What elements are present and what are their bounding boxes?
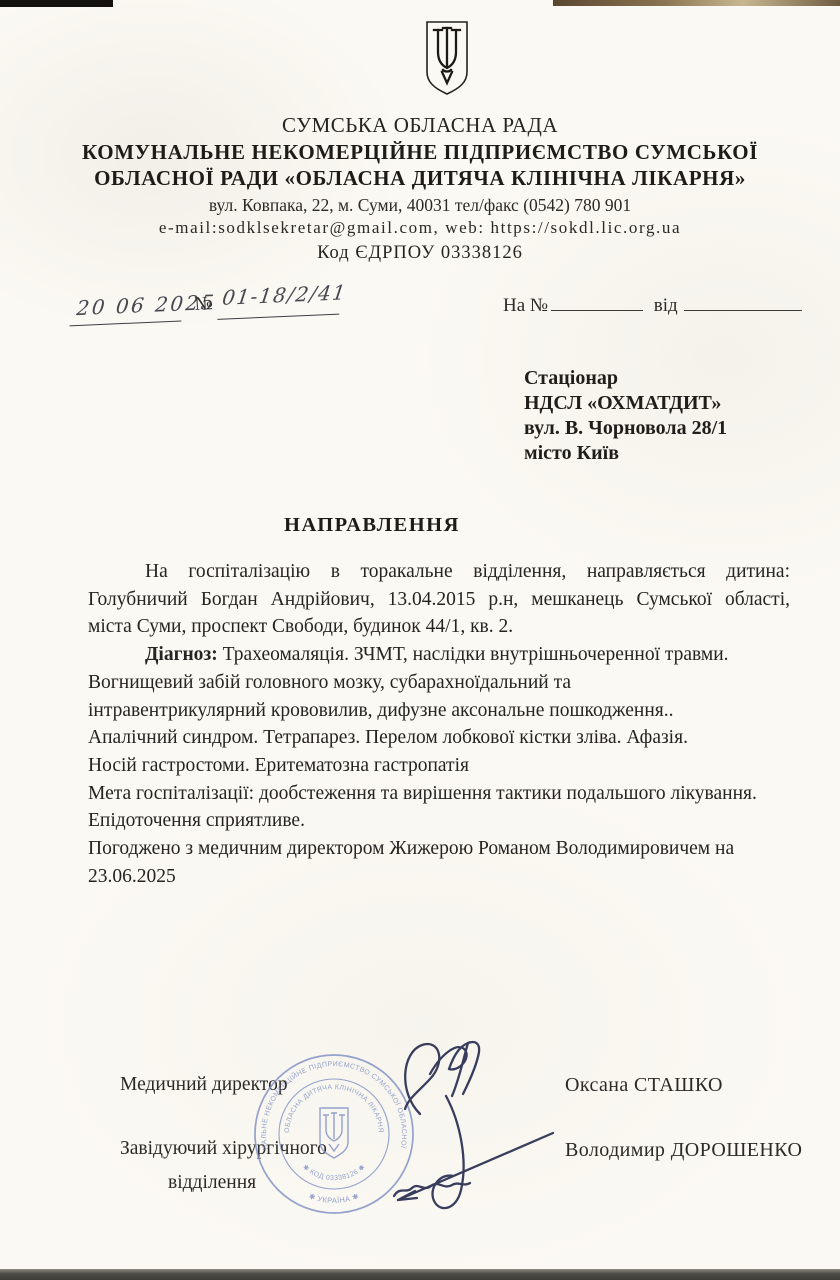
org-name-line2: ОБЛАСНОЇ РАДИ «ОБЛАСНА ДИТЯЧА КЛІНІЧНА Л… [55, 165, 785, 191]
svg-text:✱ УКРАЇНА ✱: ✱ УКРАЇНА ✱ [308, 1191, 361, 1205]
number-sign: № [194, 293, 213, 316]
diagnosis-label: Діагноз: [145, 644, 218, 665]
body-line: Мета госпіталізації: дообстеження та вир… [88, 780, 790, 808]
recipient-line: місто Київ [524, 441, 727, 466]
scan-edge-bottom [0, 1269, 840, 1280]
scan-edge-top-left [0, 0, 113, 7]
incoming-number-blank [551, 293, 643, 311]
signature-stroke-stashko [430, 1047, 467, 1074]
org-address: вул. Ковпака, 22, м. Суми, 40031 тел/фак… [55, 194, 785, 217]
scan-edge-top-right [553, 0, 840, 6]
signature-stroke-stashko [433, 1096, 464, 1208]
stamp-country-text: ✱ УКРАЇНА ✱ [308, 1191, 361, 1205]
diagnosis-line: Діагноз: Трахеомаляція. ЗЧМТ, наслідки в… [88, 641, 790, 669]
svg-text:КОМУНАЛЬНЕ НЕКОМЕРЦІЙНЕ ПІДПРИ: КОМУНАЛЬНЕ НЕКОМЕРЦІЙНЕ ПІДПРИЄМСТВО СУМ… [250, 1044, 407, 1151]
body-line: міста Суми, проспект Свободи, будинок 44… [88, 613, 790, 641]
incoming-number-label: На № [503, 295, 548, 316]
org-contacts: e-mail:sodklsekretar@gmail.com, web: htt… [55, 217, 785, 239]
svg-text:✱ КОД 03338126 ✱: ✱ КОД 03338126 ✱ [301, 1163, 367, 1182]
hospital-round-stamp: КОМУНАЛЬНЕ НЕКОМЕРЦІЙНЕ ПІДПРИЄМСТВО СУМ… [250, 1044, 418, 1224]
recipient-address-block: Стаціонар НДСЛ «ОХМАТДИТ» вул. В. Чорнов… [524, 366, 727, 466]
incoming-reference: На № від [503, 293, 802, 317]
body-line: Епідоточення сприятливе. [88, 807, 790, 835]
body-line: 23.06.2025 [88, 863, 790, 891]
outgoing-reference: 20 06 2025 № 01-18/2/41 [54, 279, 376, 343]
body-line: Вогнищевий забій головного мозку, субара… [88, 669, 790, 697]
handwritten-number: 01-18/2/41 [221, 280, 348, 310]
diagnosis-text: Трахеомаляція. ЗЧМТ, наслідки внутрішньо… [218, 644, 729, 665]
incoming-from-label: від [654, 295, 678, 316]
recipient-line: вул. В. Чорновола 28/1 [524, 416, 727, 441]
date-underline [69, 320, 181, 326]
recipient-line: Стаціонар [524, 366, 727, 391]
org-name-line1: КОМУНАЛЬНЕ НЕКОМЕРЦІЙНЕ ПІДПРИЄМСТВО СУМ… [55, 139, 785, 165]
stamp-center-emblem [320, 1108, 348, 1158]
body-line: Голубничий Богдан Андрійович, 13.04.2015… [88, 586, 790, 614]
document-title: НАПРАВЛЕННЯ [284, 514, 460, 537]
incoming-date-blank [684, 293, 802, 311]
stamp-outer-ring-text: КОМУНАЛЬНЕ НЕКОМЕРЦІЙНЕ ПІДПРИЄМСТВО СУМ… [250, 1044, 407, 1151]
body-line: Погоджено з медичним директором Жижерою … [88, 835, 790, 863]
signature-role-surgery-head-line2: відділення [168, 1172, 256, 1194]
scanned-document-page: СУМСЬКА ОБЛАСНА РАДА КОМУНАЛЬНЕ НЕКОМЕРЦ… [0, 0, 840, 1280]
signature-name-stashko: Оксана СТАШКО [565, 1074, 723, 1097]
recipient-line: НДСЛ «ОХМАТДИТ» [524, 391, 727, 416]
body-line: На госпіталізацію в торакальне відділенн… [88, 558, 790, 586]
body-line: Носій гастростоми. Еритематозна гастропа… [88, 752, 790, 780]
signature-stroke-stashko [463, 1042, 479, 1094]
body-line: інтравентрикулярний крововилив, дифузне … [88, 697, 790, 725]
org-edrpou-code: Код ЄДРПОУ 03338126 [55, 241, 785, 265]
org-parent-name: СУМСЬКА ОБЛАСНА РАДА [55, 112, 785, 139]
body-line: Апалічний синдром. Тетрапарез. Перелом л… [88, 724, 790, 752]
signature-stroke-doroshenko [398, 1133, 553, 1200]
signature-stroke-stashko [449, 1043, 468, 1096]
letterhead: СУМСЬКА ОБЛАСНА РАДА КОМУНАЛЬНЕ НЕКОМЕРЦ… [55, 112, 785, 265]
stamp-code-text: ✱ КОД 03338126 ✱ [301, 1163, 367, 1182]
tryzub-coat-of-arms-icon [424, 20, 470, 96]
number-underline [217, 314, 339, 320]
document-body: На госпіталізацію в торакальне відділенн… [88, 558, 790, 890]
signature-name-doroshenko: Володимир ДОРОШЕНКО [565, 1139, 802, 1162]
